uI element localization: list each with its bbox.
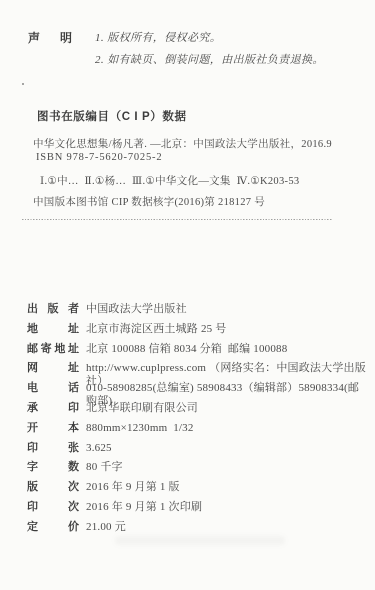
colophon-row-mailing-address: 邮寄地址 北京 100088 信箱 8034 分箱 邮编 100088 — [27, 343, 369, 363]
colophon-label: 网址 — [27, 362, 79, 375]
scan-artifact-dot — [22, 83, 24, 85]
colophon-row-website: 网址 http://www.cuplpress.com （网络实名：中国政法大学… — [27, 362, 369, 382]
cip-isbn-line: ISBN 978-7-5620-7025-2 — [36, 151, 162, 164]
colophon-row-format: 开本 880mm×1230mm 1/32 — [27, 422, 369, 442]
declaration-item-2: 2. 如有缺页、倒装问题，由出版社负责退换。 — [95, 53, 324, 75]
colophon-value: 880mm×1230mm 1/32 — [86, 422, 194, 435]
colophon-table: 出版者 中国政法大学出版社 地址 北京市海淀区西土城路 25 号 邮寄地址 北京… — [27, 303, 369, 541]
colophon-label: 邮寄地址 — [27, 343, 79, 356]
cip-classification-line: Ⅰ.①中… Ⅱ.①杨… Ⅲ.①中华文化—文集 Ⅳ.①K203-53 — [40, 175, 299, 188]
colophon-label: 开本 — [27, 422, 79, 435]
colophon-label: 定价 — [27, 521, 79, 534]
declaration-label: 声明 — [28, 31, 72, 45]
cip-record-number-line: 中国版本图书馆 CIP 数据核字(2016)第 218127 号 — [33, 196, 265, 209]
colophon-row-word-count: 字数 80 千字 — [27, 461, 369, 481]
declaration-items: 1. 版权所有，侵权必究。 2. 如有缺页、倒装问题，由出版社负责退换。 — [95, 31, 324, 75]
colophon-row-edition: 版次 2016 年 9 月第 1 版 — [27, 481, 369, 501]
colophon-row-publisher: 出版者 中国政法大学出版社 — [27, 303, 369, 323]
cip-heading: 图书在版编目（C I P）数据 — [37, 108, 187, 124]
colophon-label: 出版者 — [27, 303, 79, 316]
colophon-row-sheets: 印张 3.625 — [27, 442, 369, 462]
colophon-value: 3.625 — [86, 442, 112, 455]
cip-title-line: 中华文化思想集/杨凡著. —北京：中国政法大学出版社，2016.9 — [33, 138, 332, 151]
colophon-label: 字数 — [27, 461, 79, 474]
colophon-value: 21.00 元 — [86, 521, 126, 534]
colophon-value: 北京市海淀区西土城路 25 号 — [86, 323, 227, 336]
declaration-block: 声明 1. 版权所有，侵权必究。 2. 如有缺页、倒装问题，由出版社负责退换。 — [28, 31, 367, 75]
colophon-value: 北京华联印刷有限公司 — [86, 402, 198, 415]
colophon-value: 中国政法大学出版社 — [86, 303, 187, 316]
declaration-item-1: 1. 版权所有，侵权必究。 — [95, 31, 324, 53]
colophon-label: 印次 — [27, 501, 79, 514]
colophon-label: 印张 — [27, 442, 79, 455]
colophon-label: 承印 — [27, 402, 79, 415]
colophon-label: 地址 — [27, 323, 79, 336]
colophon-value: 2016 年 9 月第 1 版 — [86, 481, 180, 494]
colophon-row-impression: 印次 2016 年 9 月第 1 次印刷 — [27, 501, 369, 521]
colophon-value: 80 千字 — [86, 461, 123, 474]
colophon-label: 电话 — [27, 382, 79, 395]
colophon-value: 北京 100088 信箱 8034 分箱 邮编 100088 — [86, 343, 287, 356]
colophon-row-address: 地址 北京市海淀区西土城路 25 号 — [27, 323, 369, 343]
copyright-page: 声明 1. 版权所有，侵权必究。 2. 如有缺页、倒装问题，由出版社负责退换。 … — [0, 0, 375, 590]
colophon-row-telephone: 电话 010-58908285(总编室) 58908433（编辑部）589083… — [27, 382, 369, 402]
dotted-divider — [22, 219, 333, 220]
colophon-value: 2016 年 9 月第 1 次印刷 — [86, 501, 202, 514]
colophon-label: 版次 — [27, 481, 79, 494]
colophon-row-price: 定价 21.00 元 — [27, 521, 369, 541]
